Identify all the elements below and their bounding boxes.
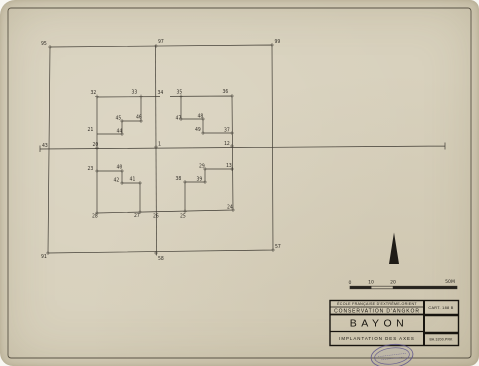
- scale-bar-segment-0-10: [350, 286, 371, 289]
- survey-point-label-95: 95: [41, 41, 47, 47]
- survey-point-label-49: 49: [195, 127, 201, 133]
- survey-point-label-58: 58: [158, 256, 164, 262]
- paper-sheet: 9597999158574320112323334353637132421232…: [0, 0, 479, 366]
- org-department: CONSERVATION D'ANGKOR: [334, 309, 420, 315]
- survey-point-label-48: 48: [198, 114, 204, 120]
- drawing-subtitle: IMPLANTATION DES AXES: [339, 336, 415, 341]
- survey-point-label-97: 97: [158, 39, 164, 45]
- drawing-sheet-svg: 9597999158574320112323334353637132421232…: [0, 0, 479, 366]
- survey-point-label-29: 29: [199, 164, 205, 170]
- scale-bar-labels: 0102050M: [349, 279, 455, 286]
- drawing-title: BAYON: [350, 318, 408, 330]
- survey-point-label-35: 35: [177, 90, 183, 96]
- survey-point-label-28: 28: [92, 214, 98, 220]
- survey-point-label-44: 44: [117, 129, 123, 135]
- survey-point-label-91: 91: [41, 254, 47, 260]
- survey-point-label-45: 45: [116, 116, 122, 122]
- survey-point-labels: 9597999158574320112323334353637132421232…: [41, 39, 281, 262]
- scale-bar: 0102050M: [349, 279, 457, 289]
- survey-point-label-21: 21: [88, 127, 94, 133]
- survey-point-label-41: 41: [130, 177, 136, 183]
- survey-point-label-38: 38: [176, 176, 182, 182]
- survey-point-label-20: 20: [93, 142, 99, 148]
- org-name: ÉCOLE FRANÇAISE D'EXTRÊME-ORIENT: [337, 301, 417, 306]
- survey-point-label-23: 23: [88, 166, 94, 172]
- survey-point-label-33: 33: [132, 90, 138, 96]
- survey-point-label-26: 26: [153, 214, 159, 220]
- survey-point-label-40: 40: [117, 165, 123, 171]
- scale-bar-segment-20-50: [393, 286, 457, 289]
- survey-point-label-12: 12: [224, 141, 230, 147]
- survey-point-label-57: 57: [275, 244, 281, 250]
- survey-point-label-24: 24: [227, 205, 233, 211]
- survey-point-label-34: 34: [158, 90, 164, 96]
- scale-label-20: 20: [390, 280, 396, 286]
- survey-point-label-25: 25: [180, 214, 186, 220]
- north-arrow-icon: [389, 233, 399, 265]
- scale-label-10: 10: [368, 280, 374, 286]
- survey-point-label-36: 36: [223, 89, 229, 95]
- survey-point-label-46: 46: [136, 115, 142, 121]
- survey-point-label-39: 39: [197, 177, 203, 183]
- survey-point-label-99: 99: [275, 39, 281, 45]
- survey-point-label-13: 13: [226, 163, 232, 169]
- axis-staircase-offsets: [97, 96, 233, 212]
- axis-east-west: [40, 143, 445, 153]
- file-ref: BA.3200.PRK: [429, 338, 453, 342]
- title-block: ÉCOLE FRANÇAISE D'EXTRÊME-ORIENT CONSERV…: [330, 301, 459, 346]
- survey-point-label-43: 43: [42, 143, 48, 149]
- survey-point-label-1: 1: [158, 142, 161, 148]
- scale-label-0: 0: [349, 280, 352, 286]
- scale-label-50M: 50M: [445, 279, 455, 285]
- sheet-ref: CART. 188 B: [428, 306, 453, 310]
- survey-point-label-27: 27: [134, 213, 140, 219]
- survey-point-label-37: 37: [224, 128, 230, 134]
- inner-gallery-square: [97, 96, 233, 213]
- survey-point-label-47: 47: [176, 116, 182, 122]
- axis-north-south: [156, 45, 157, 255]
- scanned-page: 9597999158574320112323334353637132421232…: [0, 0, 479, 366]
- survey-point-label-32: 32: [91, 90, 97, 96]
- survey-point-label-42: 42: [114, 178, 120, 184]
